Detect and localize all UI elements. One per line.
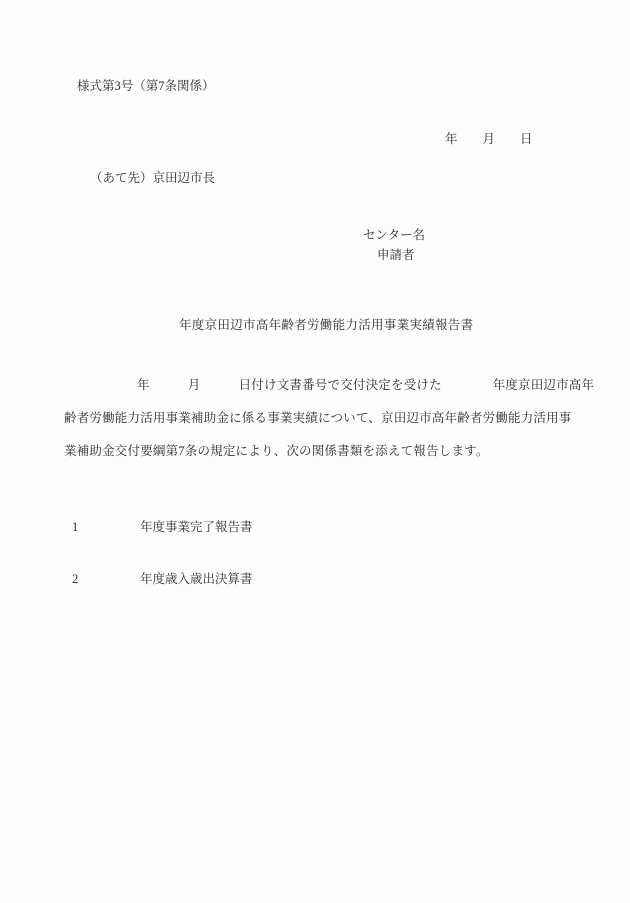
body-paragraph-line-1: 年 月 日付け文書番号で交付決定を受けた 年度京田辺市高年: [137, 378, 594, 393]
sender-applicant-label: 申請者: [377, 248, 415, 263]
document-page: 様式第3号（第7条関係） 年 月 日 （あて先）京田辺市長 センター名 申請者 …: [0, 0, 630, 903]
body-paragraph-line-3: 業補助金交付要綱第7条の規定により、次の関係書類を添えて報告します。: [64, 444, 489, 459]
body-paragraph-line-2: 齢者労働能力活用事業補助金に係る事業実績について、京田辺市高年齢者労働能力活用事: [64, 411, 572, 426]
sender-center-name-label: センター名: [363, 228, 425, 243]
document-title: 年度京田辺市高年齢者労働能力活用事業実績報告書: [179, 318, 473, 333]
form-number: 様式第3号（第7条関係）: [77, 79, 215, 94]
attachment-1-number: 1: [72, 520, 78, 535]
attachment-2-label: 年度歳入歳出決算書: [140, 572, 253, 587]
date-line: 年 月 日: [445, 132, 533, 147]
attachment-1-label: 年度事業完了報告書: [140, 520, 253, 535]
recipient-line: （あて先）京田辺市長: [90, 171, 215, 186]
attachment-2-number: 2: [72, 572, 78, 587]
